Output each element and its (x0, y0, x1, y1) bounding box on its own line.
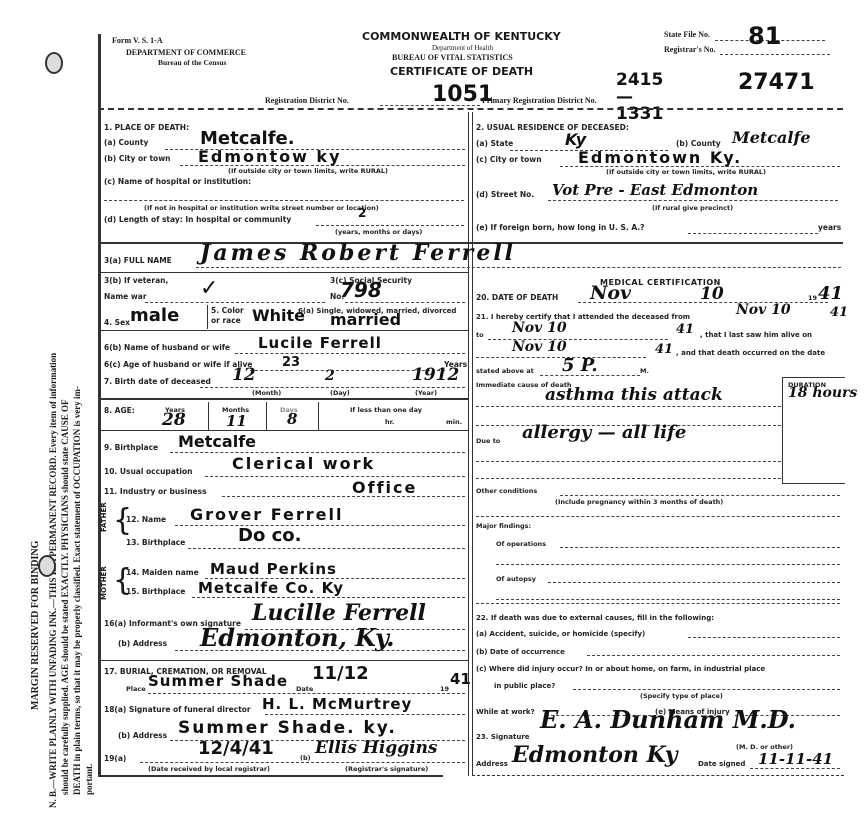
sex-label: 4. Sex (104, 318, 130, 327)
birth-date-line (200, 387, 465, 388)
received-label: 19(a) (104, 754, 126, 763)
mother-name-value: Maud Perkins (210, 560, 337, 578)
birthplace-label: 9. Birthplace (104, 443, 158, 452)
ssn-line (345, 302, 465, 303)
operations-line (560, 547, 840, 548)
color-label: 5. Color or race (211, 306, 251, 326)
age-months-value: 11 (226, 412, 247, 430)
birth-date-label: 7. Birth date of deceased (104, 377, 211, 386)
birthplace-line (170, 452, 465, 453)
father-side-label: FATHER (100, 502, 108, 532)
death-city-label: (b) City or town (104, 154, 170, 163)
death-year-prefix: 19 (808, 294, 817, 302)
section-divider-6 (98, 660, 468, 661)
autopsy-line (548, 582, 840, 583)
department-health: Department of Health (432, 44, 493, 52)
foreign-born-suffix: years (818, 223, 841, 232)
funeral-director-value: H. L. McMurtrey (262, 695, 412, 713)
attend-from-value: Nov 10 (736, 302, 791, 318)
last-saw-label: , that I last saw him alive on (700, 331, 812, 339)
father-name-value: Grover Ferrell (190, 505, 344, 524)
age-divider-1 (208, 402, 209, 430)
birthplace-value: Metcalfe (178, 432, 256, 451)
bureau-name: Bureau of the Census (158, 58, 226, 67)
section-divider-7 (476, 603, 840, 604)
burial-place-label: Place (126, 685, 146, 693)
autopsy-line-2 (496, 599, 840, 600)
birth-year-value: 1912 (412, 365, 459, 385)
place-type-note: (Specify type of place) (640, 692, 723, 700)
informant-address-label: (b) Address (118, 639, 167, 648)
burial-year-value: 41 (450, 670, 471, 688)
age-days-value: 8 (287, 410, 297, 428)
full-name-line (196, 267, 841, 268)
residence-city-note: (If outside city or town limits, write R… (606, 168, 766, 176)
death-day-value: 10 (700, 284, 724, 304)
name-war-value: ✓ (200, 276, 218, 301)
received-line (140, 762, 465, 763)
burial-date-label: Date (296, 685, 313, 693)
received-date-value: 12/4/41 (198, 738, 274, 759)
frame-bottom (98, 775, 443, 777)
stay-line (316, 225, 464, 226)
burial-place-value: Summer Shade (148, 672, 288, 690)
mother-side-label: MOTHER (100, 566, 108, 600)
informant-address-value: Edmonton, Ky. (200, 623, 395, 652)
residence-heading: 2. USUAL RESIDENCE OF DECEASED: (476, 123, 629, 132)
hospital-note: (If not in hospital or institution write… (144, 204, 379, 212)
time-suffix: M. (640, 367, 649, 375)
public-place-label: in public place? (494, 682, 555, 690)
date-signed-label: Date signed (698, 760, 745, 768)
cause-line-4 (476, 478, 781, 479)
residence-city-value: Edmontown Ky. (578, 148, 742, 167)
mother-birthplace-line (192, 597, 465, 598)
cause-value: asthma this attack (545, 385, 723, 405)
certify-label: 21. I hereby certify that I attended the… (476, 313, 690, 321)
hospital-label: (c) Name of hospital or institution: (104, 177, 251, 186)
section-divider-4 (98, 398, 468, 400)
last-saw-value: Nov 10 (512, 339, 567, 355)
frame-left (98, 34, 101, 776)
spouse-age-label: 6(c) Age of husband or wife if alive (104, 360, 252, 369)
spouse-line (235, 353, 465, 354)
physician-signature: E. A. Dunham M.D. (540, 705, 796, 734)
registration-district-label: Registration District No. (265, 96, 349, 105)
mother-birthplace-label: 15. Birthplace (126, 587, 185, 596)
residence-county-value: Metcalfe (732, 128, 811, 147)
attend-to-value: Nov 10 (512, 320, 567, 336)
primary-district-label: Primary Registration District No. (482, 96, 597, 105)
minutes-label: min. (446, 418, 462, 426)
physician-address-value: Edmonton Ky (512, 742, 678, 768)
funeral-director-label: 18(a) Signature of funeral director (104, 705, 251, 714)
ssn-value: 798 (340, 278, 382, 302)
duration-value: 18 hours (788, 385, 857, 401)
age-divider-3 (318, 402, 319, 430)
registrar-sig-prefix: (b) (300, 754, 311, 762)
place-of-death-heading: 1. PLACE OF DEATH: (104, 123, 189, 132)
date-signed-value: 11-11-41 (758, 750, 833, 768)
mother-birthplace-value: Metcalfe Co. Ky (198, 579, 344, 597)
section-divider-3 (98, 330, 468, 331)
birth-month-value: 12 (232, 365, 256, 385)
attend-from-year: 41 (830, 305, 848, 320)
binding-hole-bottom (38, 555, 56, 577)
full-name-label: 3(a) FULL NAME (104, 256, 172, 265)
received-note: (Date received by local registrar) (148, 765, 270, 773)
form-number: Form V. S. 1-A (112, 36, 163, 45)
primary-district-value: 2415— 1331 (616, 72, 676, 123)
occupation-label: 10. Usual occupation (104, 467, 193, 476)
section-divider-2 (98, 272, 468, 273)
bureau-vital-statistics: BUREAU OF VITAL STATISTICS (392, 53, 513, 62)
name-war-line (145, 302, 325, 303)
margin-instruction-line4: portant. (84, 764, 94, 795)
occurrence-label: (b) Date of occurrence (476, 648, 565, 656)
burial-year-prefix: 19 (440, 685, 449, 693)
death-county-value: Metcalfe. (200, 128, 295, 149)
margin-instruction-line3: DEATH in plain terms, so that it may be … (72, 386, 82, 795)
date-of-death-label: 20. DATE OF DEATH (476, 293, 558, 302)
occupation-line (205, 476, 465, 477)
other-conditions-note: (Include pregnancy within 3 months of de… (555, 498, 723, 506)
to-label: to (476, 331, 484, 339)
margin-instruction-line1: N. B.—WRITE PLAINLY WITH UNFADING INK.—T… (48, 353, 58, 808)
funeral-director-line (265, 714, 465, 715)
death-city-note: (If outside city or town limits, write R… (228, 167, 388, 175)
age-divider-2 (266, 402, 267, 430)
last-saw-year: 41 (655, 342, 673, 357)
date-signed-line (750, 768, 840, 769)
death-month-value: Nov (590, 282, 631, 304)
registrar-note: (Registrar's signature) (345, 765, 428, 773)
certificate-title: CERTIFICATE OF DEATH (390, 65, 533, 78)
cause-line-1 (476, 406, 781, 407)
birth-day-note: (Day) (330, 389, 350, 397)
hospital-line (104, 200, 464, 201)
birth-month-note: (Month) (252, 389, 281, 397)
occurred-label: , and that death occurred on the date (676, 349, 825, 357)
margin-instruction-line2: should be carefully supplied. AGE should… (60, 399, 70, 795)
state-file-value: 81 (748, 22, 781, 50)
signature-label: 23. Signature (476, 733, 530, 741)
age-years-value: 28 (162, 410, 186, 430)
residence-county-label: (b) County (676, 139, 721, 148)
death-year-value: 41 (818, 283, 843, 304)
while-at-work-label: While at work? (476, 708, 535, 716)
public-place-line (573, 689, 840, 690)
stay-value: 2 (358, 206, 366, 220)
header-divider (98, 108, 843, 110)
foreign-born-line (688, 233, 818, 234)
residence-street-line (548, 200, 838, 201)
binding-hole-top (45, 52, 63, 74)
due-to-label: Due to (476, 437, 500, 445)
mother-name-label: 14. Maiden name (126, 568, 199, 577)
where-injury-label: (c) Where did injury occur? In or about … (476, 665, 765, 673)
external-causes-label: 22. If death was due to external causes,… (476, 614, 714, 622)
stay-label: (d) Length of stay: In hospital or commu… (104, 215, 291, 224)
certificate-number: 27471 (738, 70, 815, 95)
hours-label: hr. (385, 418, 394, 426)
burial-date-value: 11/12 (312, 663, 369, 684)
sex-divider (207, 305, 208, 329)
registrar-no-label: Registrar's No. (664, 45, 716, 54)
occupation-value: Clerical work (232, 454, 375, 473)
death-city-value: Edmontow ky (198, 147, 342, 166)
name-war-label: Name war (104, 292, 147, 301)
residence-street-label: (d) Street No. (476, 190, 534, 199)
physician-address-label: Address (476, 760, 508, 768)
attend-to-year: 41 (676, 322, 694, 337)
stay-note: (years, months or days) (335, 228, 422, 236)
father-name-label: 12. Name (126, 515, 166, 524)
father-birthplace-value: Do co. (238, 525, 301, 546)
cause-line-3 (476, 461, 781, 462)
death-county-label: (a) County (104, 138, 148, 147)
full-name-value: James Robert Ferrell (200, 240, 516, 266)
major-findings-label: Major findings: (476, 522, 531, 530)
father-name-line (175, 525, 465, 526)
stated-above-label: stated above at (476, 367, 534, 375)
director-address-label: (b) Address (118, 731, 167, 740)
accident-line (688, 637, 840, 638)
time-value: 5 P. (562, 355, 598, 376)
other-conditions-label: Other conditions (476, 487, 537, 495)
registrar-signature: Ellis Higgins (315, 738, 438, 758)
father-birthplace-line (188, 548, 465, 549)
veteran-label: 3(b) If veteran, (104, 276, 168, 285)
industry-line (222, 496, 465, 497)
birth-day-value: 2 (325, 368, 335, 384)
age-label: 8. AGE: (104, 406, 135, 415)
section-divider-5 (98, 430, 468, 431)
industry-value: Office (352, 478, 417, 497)
medical-bottom-border (472, 775, 844, 776)
burial-line (148, 693, 465, 694)
birth-year-note: (Year) (415, 389, 437, 397)
accident-label: (a) Accident, suicide, or homicide (spec… (476, 630, 645, 638)
foreign-born-label: (e) If foreign born, how long in U. S. A… (476, 223, 644, 232)
due-to-value: allergy — all life (522, 422, 686, 443)
last-saw-line (476, 357, 646, 358)
residence-state-value: Ky (565, 130, 586, 149)
registrar-no-line (720, 54, 830, 55)
residence-street-note: (If rural give precinct) (652, 204, 733, 212)
other-conditions-line-2 (476, 516, 840, 517)
state-file-label: State File No. (664, 30, 710, 39)
residence-street-value: Vot Pre - East Edmonton (552, 181, 758, 199)
occurrence-line (587, 655, 840, 656)
marital-value: married (330, 310, 401, 329)
spouse-label: 6(b) Name of husband or wife (104, 343, 230, 352)
residence-state-label: (a) State (476, 139, 513, 148)
residence-city-label: (c) City or town (476, 155, 542, 164)
operations-label: Of operations (496, 540, 546, 548)
spouse-value: Lucile Ferrell (258, 334, 382, 352)
industry-label: 11. Industry or business (104, 487, 207, 496)
spouse-age-value: 23 (282, 355, 300, 370)
sex-value: male (130, 305, 179, 326)
director-address-value: Summer Shade. ky. (178, 718, 397, 738)
father-birthplace-label: 13. Birthplace (126, 538, 185, 547)
commonwealth-title: COMMONWEALTH OF KENTUCKY (362, 30, 561, 43)
other-conditions-line (560, 495, 840, 496)
department-name: DEPARTMENT OF COMMERCE (126, 48, 246, 57)
autopsy-label: Of autopsy (496, 575, 536, 583)
operations-line-2 (496, 564, 840, 565)
less-than-day-label: If less than one day (350, 406, 422, 414)
